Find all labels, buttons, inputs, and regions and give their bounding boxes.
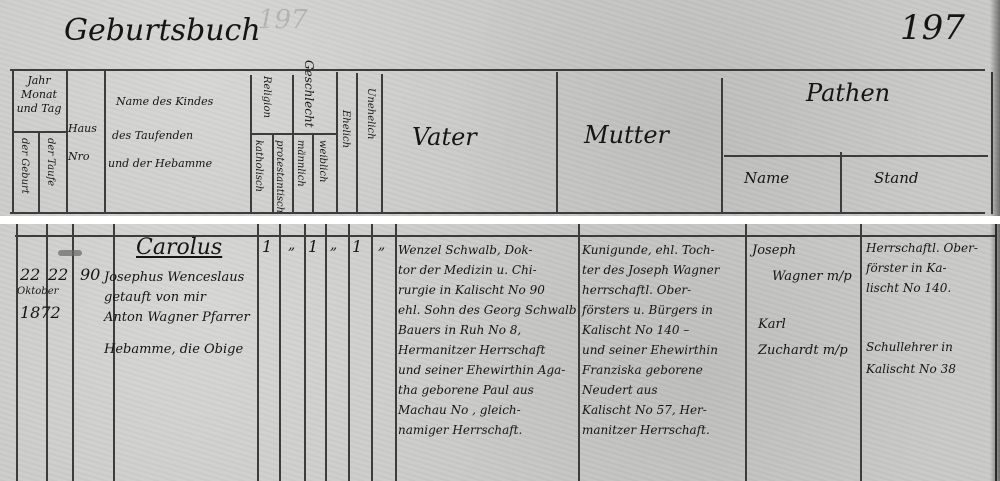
godparent-1-status-line: Herrschaftl. Ober-: [866, 238, 978, 258]
column-rule: [279, 224, 281, 481]
header-bottom-rule: [10, 212, 985, 214]
header-sex-female: weiblich: [317, 140, 328, 183]
header-godparent-name: Name: [744, 170, 789, 187]
column-rule: [250, 75, 252, 214]
mother-line: Neudert aus: [582, 380, 719, 400]
mother-line: herrschaftl. Ober-: [582, 280, 719, 300]
column-rule: [312, 133, 314, 214]
godparent-2-status-line: Schullehrer in: [866, 336, 956, 358]
column-rule: [38, 131, 40, 214]
header-house-no: Haus Nro: [68, 115, 102, 171]
father-line: namiger Herrschaft.: [398, 420, 577, 440]
godparent-1-name-line: Wagner m/p: [752, 264, 852, 290]
baptism-day: 22: [48, 266, 68, 284]
column-rule: [104, 69, 106, 214]
godparent-2-name-line: Zuchardt m/p: [758, 338, 848, 364]
column-rule: [395, 224, 397, 481]
header-top-rule: [10, 69, 985, 71]
mark-illegitimate: „: [378, 238, 385, 253]
mark-legitimate: 1: [352, 238, 362, 256]
header-sex-male: männlich: [295, 140, 306, 187]
child-line: Josephus Wenceslaus: [104, 268, 250, 288]
column-rule: [46, 224, 48, 481]
godparent-2-name: Karl Zuchardt m/p: [758, 312, 848, 364]
column-rule: [325, 224, 327, 481]
father-line: Hermanitzer Herrschaft: [398, 340, 577, 360]
mark-male: 1: [308, 238, 318, 256]
house-number: 90: [80, 266, 100, 284]
column-rule: [292, 75, 294, 214]
godparent-2-name-line: Karl: [758, 312, 848, 338]
column-rule: [356, 73, 358, 214]
column-rule: [304, 224, 306, 481]
column-rule: [721, 78, 723, 214]
page-edge-shadow: [990, 0, 1000, 216]
header-child-name-1: Name des Kindes: [116, 96, 213, 108]
header-godparent-status: Stand: [874, 170, 919, 187]
column-rule: [72, 224, 74, 481]
godparent-1-status-line: förster in Ka-: [866, 258, 978, 278]
father-details: Wenzel Schwalb, Dok- tor der Medizin u. …: [398, 240, 577, 440]
column-rule: [336, 72, 338, 214]
birth-month: Oktober: [17, 286, 58, 297]
mark-protestant: „: [288, 238, 295, 253]
godparent-1-status-line: lischt No 140.: [866, 278, 978, 298]
mark-female: „: [330, 238, 337, 253]
column-rule: [257, 224, 259, 481]
column-rule: [840, 152, 842, 214]
column-rule: [16, 224, 18, 481]
faint-stamp: 197: [258, 6, 308, 35]
mother-line: Kunigunde, ehl. Toch-: [582, 240, 719, 260]
header-legitimate: Ehelich: [340, 110, 351, 148]
header-religion-catholic: katholisch: [253, 140, 264, 192]
father-line: tha geborene Paul aus: [398, 380, 577, 400]
father-line: Wenzel Schwalb, Dok-: [398, 240, 577, 260]
father-line: ehl. Sohn des Georg Schwalb: [398, 300, 577, 320]
header-religion-protestant: protestantisch: [274, 140, 285, 213]
birth-day: 22: [20, 266, 40, 284]
mother-line: Franziska geborene: [582, 360, 719, 380]
register-header-strip: Geburtsbuch 197 197 Jahr Monat und Tag d…: [0, 0, 1000, 216]
mother-line: Kalischt No 57, Her-: [582, 400, 719, 420]
book-title: Geburtsbuch: [64, 14, 261, 47]
header-date-baptism: der Taufe: [45, 138, 56, 186]
child-name: Carolus: [136, 236, 222, 260]
header-religion: Religion: [261, 76, 272, 118]
column-rule: [578, 224, 580, 481]
header-child-name-2: des Taufenden: [112, 130, 193, 142]
header-mother: Mutter: [584, 122, 669, 148]
header-date-birth: der Geburt: [19, 138, 30, 194]
header-date: Jahr Monat und Tag: [14, 74, 64, 116]
godparents-subrule: [724, 155, 988, 157]
header-sex: Geschlecht: [302, 60, 316, 128]
mother-line: ter des Joseph Wagner: [582, 260, 719, 280]
godparent-2-status: Schullehrer in Kalischt No 38: [866, 336, 956, 380]
header-illegitimate: Unehelich: [365, 88, 376, 140]
column-rule: [860, 224, 862, 481]
mother-details: Kunigunde, ehl. Toch- ter des Joseph Wag…: [582, 240, 719, 440]
child-line: Hebamme, die Obige: [104, 340, 250, 360]
mother-line: und seiner Ehewirthin: [582, 340, 719, 360]
child-line: Anton Wagner Pfarrer: [104, 308, 250, 328]
father-line: Bauers in Ruh No 8,: [398, 320, 577, 340]
column-rule: [381, 74, 383, 214]
child-details: Josephus Wenceslaus getauft von mir Anto…: [104, 268, 250, 360]
child-line: getauft von mir: [104, 288, 250, 308]
godparent-1-status: Herrschaftl. Ober- förster in Ka- lischt…: [866, 238, 978, 298]
register-entry-strip: 22 22 Oktober 1872 90 Carolus Josephus W…: [0, 224, 1000, 481]
father-line: und seiner Ehewirthin Aga-: [398, 360, 577, 380]
godparent-1-name-line: Joseph: [752, 238, 852, 264]
mother-line: manitzer Herrschaft.: [582, 420, 719, 440]
birth-year: 1872: [20, 304, 61, 322]
father-line: Machau No , gleich-: [398, 400, 577, 420]
header-father: Vater: [412, 124, 477, 150]
column-rule: [348, 224, 350, 481]
mark-catholic: 1: [262, 238, 272, 256]
column-rule: [745, 224, 747, 481]
mother-line: Kalischt No 140 –: [582, 320, 719, 340]
godparent-1-name: Joseph Wagner m/p: [752, 238, 852, 290]
page-edge-shadow: [990, 224, 1000, 481]
column-rule: [371, 224, 373, 481]
header-child-name-3: und der Hebamme: [108, 158, 212, 170]
page-number: 197: [900, 10, 965, 47]
header-godparents: Pathen: [806, 80, 890, 106]
mother-line: försters u. Bürgers in: [582, 300, 719, 320]
godparent-2-status-line: Kalischt No 38: [866, 358, 956, 380]
ink-blot: [58, 250, 82, 256]
father-line: rurgie in Kalischt No 90: [398, 280, 577, 300]
father-line: tor der Medizin u. Chi-: [398, 260, 577, 280]
religion-sex-subrule: [250, 133, 336, 135]
column-rule: [556, 72, 558, 214]
